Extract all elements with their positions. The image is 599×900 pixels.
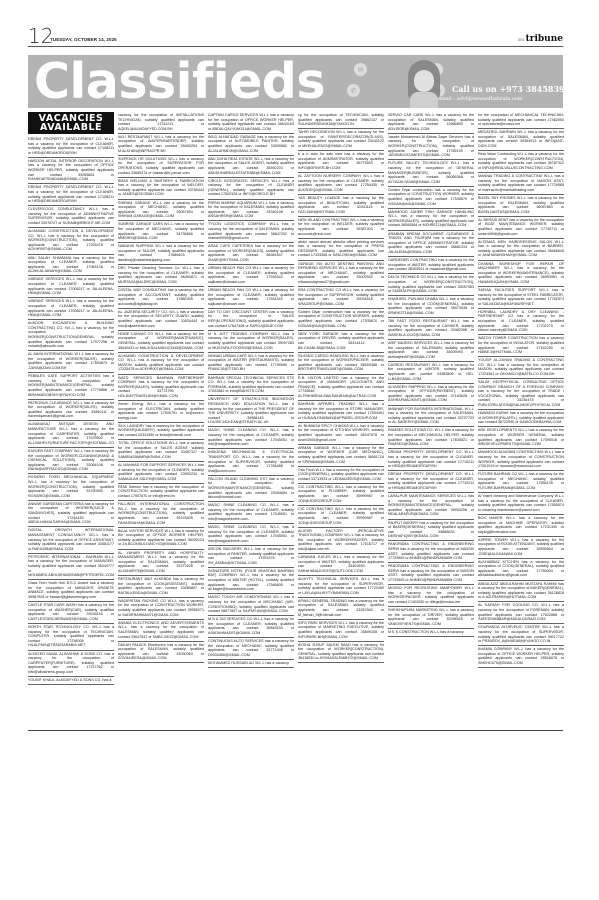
classified-ad: Golden Diyar construction has a vacancy …: [298, 309, 384, 331]
classified-ad: MAGIC TOUCH AIR CONDITIONING W.L.L has a…: [208, 594, 294, 616]
classified-ad: MANHAR FOR BUSINESS INTERNATIONAL W.L.L …: [388, 406, 474, 428]
classified-ad: ALHIYTY TECHNICAL SERVICES W.L.L has a v…: [298, 576, 384, 598]
classified-ad: b a h auto for sale cars has a vacancy f…: [298, 151, 384, 173]
classified-ad: SUNRISE GARAGE CARS W.L.L has a vacancy …: [118, 221, 204, 243]
logo-text: tribune: [526, 34, 563, 44]
classified-ad: BUSEL SKY PHONES W.L.L has a vacancy for…: [478, 195, 564, 217]
ad-list: DREAM PROPERTY DEVELOPMENT CO. W.L.L has…: [28, 136, 114, 685]
classified-ad: HAWADDI KARAK has a vacancy for the occu…: [478, 410, 564, 427]
classifieds-banner: Classifieds ✉ ✆ ▯ ◎ Call us on +973 3845…: [28, 55, 563, 108]
ad-list: vacancy for the occupation of INSTALLATI…: [118, 112, 204, 663]
classified-ad: ALYASEEN SHIPPING W.L.L has a vacancy fo…: [388, 384, 474, 406]
classified-ad: CASTLE STAR CARS WASH has a vacancy for …: [28, 602, 114, 624]
classified-ad: BOX MAKER W.L.L has a vacancy for the oc…: [478, 515, 564, 537]
classified-ad: ARABIAN DREAM DOCUMENT CLEARANCE & TRAVE…: [388, 231, 474, 257]
classified-ad: WILD ALHADDAD GARAGE has a vacancy for t…: [208, 134, 294, 156]
classified-ad: CONTINUOUS AUTO SERVICES has a vacancy f…: [208, 638, 294, 660]
classified-ad: TAHIR DECORATION W.L.L has a vacancy for…: [298, 129, 384, 151]
bottom-rule: [28, 730, 563, 731]
classified-ad: YAS BEAUTY LOUNGE has a vacancy for the …: [298, 195, 384, 217]
classified-ad: HAROON AFZAL INTERIOR DECORATION W.L.L h…: [28, 158, 114, 184]
ad-list: CAPTAIN CARGO SERVICES W.L.L has a vacan…: [208, 112, 294, 668]
classified-ad: GARDENER CONTRACTING has a vacancy for t…: [388, 257, 474, 274]
classified-ad: SIGNATURE HOTEL (FOUR SEASONS BAHRAIN BA…: [208, 568, 294, 594]
classified-ad: 786 FAST FOOD RESTAURANT W.L.L has a vac…: [388, 318, 474, 340]
classified-ad: ALSAYED JAMAL ALHASHIMI & SONS CO. has a…: [28, 651, 114, 677]
classified-ad: R.B. HILTON LIMITED has a vacancy for th…: [298, 375, 384, 401]
classified-ad: MOHAMMED HUSSAIN ALI W.L.L has a vacancy: [208, 660, 294, 668]
classified-ad: SHIRAM GARAGE W.L.L has a vacancy for th…: [118, 200, 204, 222]
column-3: CAPTAIN CARGO SERVICES W.L.L has a vacan…: [208, 112, 294, 730]
classified-ad: TOTAL OFFICE SOLUTIONS W.L.L has a vacan…: [118, 440, 204, 462]
classified-ad: CAPTAIN CARGO SERVICES W.L.L has a vacan…: [208, 112, 294, 134]
classified-ad: PATRONUS CLEARANCE W.L.L has a vacancy f…: [28, 400, 114, 422]
classified-ad: FUTURE VALLEY TECHNOLOGY W.L.L has a vac…: [388, 160, 474, 186]
ad-list: for the occupation of MECHANICAL TECHNIC…: [478, 112, 564, 668]
classified-ad: MAHMOOD ZAHER FISH GARAGE HANDLING W.L.L…: [388, 209, 474, 231]
classified-ad: KAYDEN FAST COMPANY W.L.L has a vacancy …: [28, 448, 114, 474]
phone-icon: ✆: [347, 84, 360, 97]
classified-ad: NEW ISLAND CONTRACTING W.L.L has a vacan…: [298, 217, 384, 239]
publication-date: TUESDAY, OCTOBER 14, 2025: [50, 37, 117, 42]
classified-ad: ABU DUHA REAL ESTATE W.L.L has a vacancy…: [208, 156, 294, 178]
classified-ad: DREAM PROPERTY DEVELOPMENT CO. W.L.L has…: [28, 136, 114, 158]
classified-ad: Jassim Mohammed Al Abbas Zayer Services …: [388, 134, 474, 160]
classified-ad: ARK DEVELOPMENTS W.L.L has a vacancy for…: [478, 427, 564, 449]
classified-ad: ALHAMAD CONSTRUCTION & DEVELOPMENT CO. W…: [28, 228, 114, 254]
banner-title: Classifieds: [34, 55, 325, 108]
classified-ad: SALIM GEOPHYSICAL CONSULTING OFFICE COMP…: [478, 379, 564, 410]
classified-ad: RAJPUT BAKERY has a vacancy for the occu…: [388, 520, 474, 542]
classified-ad: PRISM MARINE AQUARIUM W.L.L has a vacanc…: [208, 200, 294, 222]
column-1: VACANCIES AVAILABLE DREAM PROPERTY DEVEL…: [28, 112, 114, 730]
classified-ad: SHARJEEL PUNJABI DHABA W.L.L has a vacan…: [388, 296, 474, 318]
classified-ad: AL BERAID BOAT has a vacancy for the occ…: [478, 217, 564, 239]
classified-ad: ANABIA ELECTRONICS AND ADVERTISEMENTS W.…: [118, 620, 204, 642]
classified-ad: AL JAZEERA SECURITY CO. W.L.L has a vaca…: [118, 309, 204, 331]
classified-ad: Orlo Food W.L.L has a vacancy for the oc…: [298, 467, 384, 484]
classified-ad: INFO PARK SERVICES W.L.L has a vacancy f…: [298, 620, 384, 642]
classified-ad: Golden Diyar construction has a vacancy …: [388, 187, 474, 209]
classified-ad: ALMANASAJ ANTIQUE DESIGN AND MANUFACTURE…: [28, 421, 114, 447]
ad-list: cy for the occupation of TECHNICIAN, sui…: [298, 112, 384, 663]
classified-ad: CLEVERCOGS CONSULTANCY W.L.L has a vacan…: [28, 206, 114, 228]
classified-ad: MOSSO FOR RECRUITING MANPOWER W.L.L has …: [388, 585, 474, 607]
classified-ad: DRC Private Cleaning Services Co. W.L.L …: [118, 265, 204, 287]
classified-ad: MAHMOOD ALNODIM CONTRACTING W.L.L has a …: [478, 449, 564, 471]
classified-ad: DREAM PROPERTY DEVELOPMENT CO. W.L.L has…: [28, 184, 114, 206]
classified-ad: TYCON LOGISTICS COMPANY W.L.L has a vaca…: [208, 221, 294, 243]
classified-ad: NABAHIS SHIPPING W.L.L has a vacancy for…: [118, 243, 204, 265]
classified-ad: ARAD CAFE CAFETERIA has a vacancy for th…: [208, 243, 294, 265]
classified-ad: YOUSIF AL-ZAYANI TRADING & CONTRACTING C…: [478, 357, 564, 379]
call-us-text: Call us on +973 38458394: [452, 84, 563, 94]
vacancies-heading: VACANCIES AVAILABLE: [28, 112, 114, 134]
classified-ad: WATCH TOWER CONSTRUCTION has a vacancy f…: [478, 335, 564, 357]
classified-ad: REMI Salmon has a vacancy for the occupa…: [118, 484, 204, 501]
classified-ad: AL KAFAAH FOR COOLING CO. W.L.L has a va…: [478, 602, 564, 624]
classified-ad: Al Yasmi cleaning and Maintenance Compan…: [478, 493, 564, 515]
classified-ad: HOME CANVAS CO W.L.L has a vacancy for t…: [118, 331, 204, 353]
classified-ad: M B A 333 SERVICES CO W.L.L has a vacanc…: [208, 616, 294, 638]
classified-ad: ARCON BUILDERS W.L.L has a vacancy for t…: [208, 546, 294, 568]
classified-ad: VIBRANT SERVICES W.L.L has a vacancy for…: [28, 298, 114, 320]
classified-ad: FALLINGS INTERNATIONAL CONSTRUCTION W.L.…: [118, 501, 204, 527]
mail-icon: ✉: [354, 63, 367, 76]
classified-ad: CIC CONTRACTING W.L.L has a vacancy for …: [298, 506, 384, 528]
classified-ad: AVLI RESTAURANT W.L.L has a vacancy for …: [118, 134, 204, 156]
classified-ad: ALKHABBAZ KITCHEN has a vacancy for the …: [478, 559, 564, 581]
classified-ad: MAGIC SHINE CLEANING CO. W.L.L has a vac…: [208, 502, 294, 524]
classified-ad: ANWAR GARDENIA CAFETERIA has a vacancy f…: [28, 501, 114, 527]
classified-ad: SAFIAA FACILITIES SUPPORT W.L.L has a va…: [478, 287, 564, 309]
classified-ad: INDIGENA MECHANICAL & ELECTRICAL TRANSPO…: [208, 449, 294, 475]
classified-ad: ARMAN GARAGE W.L.L has a vacancy for the…: [298, 445, 384, 467]
classified-ad: GOURANGA AYURVEDIC CENTRE W.L.L has a va…: [478, 624, 564, 646]
classified-ad: AL YAHARI PROPERTY AND HOSPITALITY MANAG…: [118, 550, 204, 576]
classified-ad: BAHRAIN SPECIAL TECHNICAL SERVICES STS C…: [208, 375, 294, 397]
ad-list: SERVIO CAR CARE W.L.L has a vacancy for …: [388, 112, 474, 637]
classified-ad: CIC CONTRACTING W.L.L has a vacancy for …: [298, 484, 384, 506]
classified-ad: GARAGE 916 AUTO DENTING PAINTING AND REP…: [298, 261, 384, 287]
classified-ad: PANORAMA CONTRACTING & ENGINEERING SERW …: [388, 541, 474, 563]
classified-ad: LARALPUR MAINTENANCE SERVICES W.L.L has …: [388, 493, 474, 519]
classified-ad: SIXPENCE HR SOLUTIONS W.L.L has a vacanc…: [118, 156, 204, 178]
classified-ad: SHEIKHUPURA MARKETING W.L.L has a vacanc…: [388, 607, 474, 629]
classified-ad: DREAM PROPERTY DEVELOPMENT CO. W.L.L has…: [388, 449, 474, 471]
classified-ad: NEW YORK GARAGE has a vacancy for the oc…: [298, 331, 384, 353]
classified-ad: RESTAURANT BAIT ALKEBDA has a vacancy fo…: [118, 576, 204, 598]
classified-ad: MEDATROL BAHRAIN W.L.L has a vacancy for…: [478, 129, 564, 151]
classified-ad: DIGITAL GROWTH INTERNATIONAL MANAGEMENT …: [28, 527, 114, 553]
classified-columns: VACANCIES AVAILABLE DREAM PROPERTY DEVEL…: [28, 112, 563, 730]
classified-ad: FUTURE BAHRAIN CO W.L.L has a vacancy fo…: [478, 471, 564, 493]
classified-ad: DAY TO DAY DISCOUNT CENTER has a vacancy…: [208, 309, 294, 331]
classified-ad: CHANNA WORKSHOP FOR REPAIR OF MACHINERY …: [478, 261, 564, 287]
classified-ad: ALTEMAS MEN HAIRDRESSING SALON W.L.L has…: [478, 239, 564, 261]
logo-prefix: DT: [518, 37, 524, 42]
masthead: 12 TUESDAY, OCTOBER 14, 2025 DTtribune: [28, 26, 563, 47]
email-text[interactable]: email : advt@newsofbahrain.com: [438, 96, 522, 102]
classified-ad: ALBOOR EXCAVATION & BUILDING CONTRACTING…: [28, 320, 114, 351]
classified-ad: SERVIO CAR CARE W.L.L has a vacancy for …: [388, 112, 474, 134]
classified-ad: DREAM PROPERTY DEVELOPMENT CO. W.L.L has…: [388, 471, 474, 493]
classified-ad: for the occupation of MECHANICAL TECHNIC…: [478, 112, 564, 129]
newspaper-logo[interactable]: DTtribune: [518, 34, 563, 44]
classified-ad: PANORAMA CONTRACTING & ENGINEERING SERW …: [388, 563, 474, 585]
classified-ad: cy for the occupation of TECHNICIAN, sui…: [298, 112, 384, 129]
classified-ad: DIGITAL WAY CONSULTING has a vacancy for…: [118, 287, 204, 309]
classified-ad: M E S CONSTRUCTION W.L.L has a vacancy: [388, 629, 474, 637]
classified-ad: RAMSES SOLUTIONS CO. W.L.L has a vacancy…: [388, 427, 474, 449]
classified-ad: ROSARIO FIXED MECHANICAL EQUIPMENT W.L.L…: [28, 474, 114, 500]
classified-ad: DAKAH PALACE Electronics has a vacancy f…: [118, 642, 204, 664]
classified-ad: CASROD RESTAURANT W.L.L has a vacancy fo…: [388, 362, 474, 384]
classified-ad: Glass Tech Youth Hub B.S.C closed has a …: [28, 580, 114, 602]
classified-ad: PETROERIC INTERNATIONAL - BAHRAIN W.L.L …: [28, 554, 114, 580]
classified-ad: vacancy for the occupation of INSTALLATI…: [118, 112, 204, 134]
classified-ad: M & JUTT TRADING COMPANY W.L.L has a vac…: [208, 331, 294, 353]
classified-ad: Real Value Contracting W.L.L has a vacan…: [478, 151, 564, 173]
classified-ad: AL MAYA INTERNATIONAL W.L.L has a vacanc…: [28, 351, 114, 373]
classified-ad: AL BUMAISA SPICY CHASKA W.L.L has a vaca…: [298, 423, 384, 445]
classified-ad: CARAVAN JUICES W.L.L has a vacancy for t…: [298, 554, 384, 576]
classified-ad: SILK LAUNDRY has a vacancy for the occup…: [118, 423, 204, 440]
classified-ad: MANNAI TRADING & CONTRACTING W.L.L has a…: [478, 173, 564, 195]
page-number: 12: [28, 24, 53, 48]
classified-ad: SILENCE CARGO HANDLING W.L.L has a vacan…: [298, 353, 384, 375]
classified-ad: BAHRAIN APPAREL TRADING W.L.L has a vaca…: [298, 401, 384, 423]
classified-ad: AYSHA YUSUF SALEM SAAD has a vacancy for…: [298, 642, 384, 664]
classified-ad: SRA CONTRACTING CO W.L.L has a vacancy f…: [298, 287, 384, 309]
classified-ad: PEBBLES GATE SUPPORT ACTIVITIES has a va…: [28, 373, 114, 399]
classified-ad: abdul rasool ahmad abdulla office printi…: [298, 239, 384, 261]
classified-ad: WAZIRISTAN PACKING CO W.L.L has a vacanc…: [118, 598, 204, 620]
column-6: for the occupation of MECHANICAL TECHNIC…: [478, 112, 564, 730]
classified-ad: BRAS WELDING & SMITHERY & FABRICATION ha…: [118, 178, 204, 200]
classified-ad: AL MANHAD FOR SUPPORT SERVICES W.L.L has…: [118, 462, 204, 484]
classified-ad: URBAN BEACH FAN CO W.L.L has a vacancy f…: [208, 265, 294, 287]
classified-ad: ASPIRE TOWER W.L.L has a vacancy for the…: [478, 537, 564, 559]
classified-ad: DELTA TECHNICS CO W.L.L has a vacancy fo…: [388, 274, 474, 296]
classified-ad: ABU SALAH SHAMAMA has a vacancy for the …: [28, 255, 114, 277]
classified-ad: FALCON ISLAND CLEANING EST has a vacancy…: [208, 476, 294, 502]
classified-ad: ALJESR FACTORY (PERCALATIVE TRADITIONAL)…: [298, 528, 384, 554]
classified-ad: ALHAMAD CONSTRUCTION & DEVELOPMENT CO. W…: [118, 353, 204, 375]
classified-ad: CIRCLE INTEGRATED SERVICES W.L.L has a v…: [208, 178, 294, 200]
classified-ad: AHAMIA COMPANY W.L.L has a vacancy for t…: [478, 646, 564, 668]
classified-ad: MAGIC SHINE CLEANING CO. W.L.L has a vac…: [208, 427, 294, 449]
classified-ad: UNIVERSITY OF STRATHCLYDE INNOVATION RES…: [208, 396, 294, 427]
classified-ad: BILAL VISITOR SERVICES W.L.L has a vacan…: [118, 528, 204, 550]
classified-ad: APWAJ GENERAL TRADING has a vacancy for …: [298, 598, 384, 620]
classified-ad: AL ZAYTOON NURSERY COMPANY W.L.L has a v…: [298, 173, 384, 195]
classified-ad: NOMAD URBAN CAFE W.L.L has a vacancy for…: [208, 353, 294, 375]
classified-ad: WATD SERVICES BAHRAIN PARTNERSHIP COMPAN…: [118, 375, 204, 401]
classified-ad: NORTH STAR TECHNOLOGY CO. W.L.L has a va…: [28, 624, 114, 650]
column-4: cy for the occupation of TECHNICIAN, sui…: [298, 112, 384, 730]
column-5: SERVIO CAR CARE W.L.L has a vacancy for …: [388, 112, 474, 730]
classified-ad: YOUSIF KHALIL ALMOAYYED & SONS CO. has a: [28, 677, 114, 685]
classified-ad: ARIF MAJEED SERVICES W.L.L has a vacancy…: [388, 340, 474, 362]
classified-ad: MAGIC SHINE CLEANING CO. W.L.L has a vac…: [208, 524, 294, 546]
classified-ad: HORNBILL LAUNDRY & DRY CLEANING - PARTNE…: [478, 309, 564, 335]
classified-ad: URBAN BEACH FAN CO W.L.L has a vacancy f…: [208, 287, 294, 309]
classified-ad: ABDULAZIZ ABDULRAHIM MUSTAFA RAHIMI has …: [478, 581, 564, 603]
column-2: vacancy for the occupation of INSTALLATI…: [118, 112, 204, 730]
classified-ad: Seven Energy W.L.L has a vacancy for the…: [118, 401, 204, 423]
classified-ad: VIBRANT SERVICES W.L.L has a vacancy for…: [28, 276, 114, 298]
